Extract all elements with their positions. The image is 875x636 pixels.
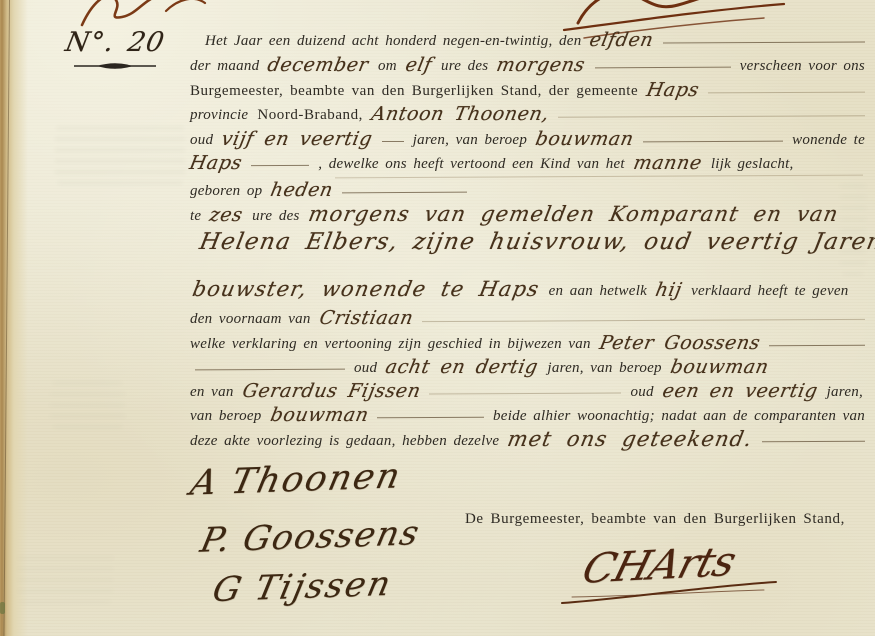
printed-text: ure des [252,208,299,225]
handwritten-entry-witness1-name: Peter Goossens [597,332,762,354]
ink-rule [377,416,484,418]
printed-text: , dewelke ons heeft vertoond een Kind va… [318,156,625,173]
printed-text: wonende te [792,132,865,149]
act-line-9: Helena Elbers, zijne huisvrouw, oud veer… [200,228,875,254]
printed-text: jaren, [827,384,863,401]
act-line-6: Haps , dewelke ons heeft vertoond een Ki… [190,151,794,173]
signature-witness2: G Tijssen [209,564,396,610]
handwritten-entry-mother: Helena Elbers, zijne huisvrouw, oud veer… [197,229,875,255]
printed-text: beide alhier woonachtig; nadat aan de co… [493,408,865,425]
printed-text: lijk geslacht, [711,156,794,173]
printed-text: Burgemeester, beambte van den Burgerlijk… [190,83,638,100]
act-line-4: provincie Noord-Braband, Antoon Thoonen, [190,102,865,124]
signature-declarant: A Thoonen [187,456,405,503]
printed-text: welke verklaring en vertooning zijn gesc… [190,336,591,353]
handwritten-entry-declarant-occupation: bouwman [534,128,636,150]
handwritten-entry-witness2-occupation: bouwman [268,404,370,426]
ink-rule [382,140,404,141]
act-number: N°. 20 [63,27,168,58]
handwritten-entry-declarant-name: Antoon Thoonen, [370,103,552,125]
printed-text: oud [354,360,377,377]
handwritten-entry-witness2-age: een en veertig [660,380,819,402]
printed-text: den voornaam van [190,311,311,328]
handwritten-entry-birth-hour: zes [208,204,245,226]
signature-underline-flourish [560,580,780,606]
bleed-through-mark [55,126,185,184]
handwritten-entry-day: elfden [588,29,656,51]
ink-rule [558,115,865,118]
act-line-16: deze akte voorlezing is gedaan, hebben d… [190,426,865,450]
act-line-5: oud vijf en veertig jaren, van beroep bo… [190,127,865,149]
handwritten-entry-declarant-age: vijf en veertig [220,128,375,150]
printed-text: Het Jaar een duizend acht honderd negen-… [205,33,581,50]
ink-rule [643,140,783,142]
ink-rule [251,164,309,165]
act-line-14: en van Gerardus Fijssen oud een en veert… [190,379,863,401]
act-line-8: te zes ure des morgens van gemelden Komp… [190,201,838,225]
printed-text: Noord-Braband, [257,107,363,124]
handwritten-entry-witness1-occupation: bouwman [668,356,770,378]
signature-witness1: P. Goossens [197,513,424,561]
bleed-through-mark [18,548,113,603]
ink-rule [342,191,467,193]
act-line-12: welke verklaring en vertooning zijn gesc… [190,331,865,353]
printed-text: en aan hetwelk [549,283,647,300]
handwritten-entry-gender: manne [631,152,703,174]
printed-text: der maand [190,58,259,75]
printed-text: oud [190,132,213,149]
printed-text: deze akte voorlezing is gedaan, hebben d… [190,433,499,450]
printed-text: jaren, van beroep [413,132,527,149]
act-line-10: bouwster, wonende te Haps en aan hetwelk… [193,276,849,300]
printed-text: provincie [190,107,248,124]
ink-rule [708,91,865,93]
ink-rule [429,392,621,394]
printed-text: jaren, van beroep [547,360,661,377]
handwritten-entry-hour: elf [403,54,433,76]
ornament-rule-icon [73,59,157,71]
document-page: N°. 20 Het Jaar een duizend acht honderd… [0,0,875,636]
ink-rule [595,66,731,68]
handwritten-entry-witness2-name: Gerardus Fijssen [240,380,422,402]
printed-text: om [378,58,397,75]
handwritten-entry-birthdate: heden [269,179,335,201]
printed-text: oud [631,384,654,401]
handwritten-entry-residence: Haps [188,152,244,174]
handwritten-entry-pronoun: hij [654,279,684,301]
handwritten-entry-signing-clause: met ons geteekend. [506,427,755,451]
printed-text: ure des [441,58,488,75]
handwritten-entry-witness1-age: acht en dertig [384,356,540,378]
official-caption: De Burgemeester, beambte van den Burgerl… [465,511,845,528]
handwritten-entry-gemeente: Haps [645,79,701,101]
handwritten-entry-daypart: morgens [495,54,587,76]
ink-rule [422,318,865,321]
act-line-15: van beroep bouwman beide alhier woonacht… [190,403,865,425]
handwritten-entry-child-name: Cristiaan [317,307,415,329]
act-line-3: Burgemeester, beambte van den Burgerlijk… [190,78,865,100]
handwritten-entry-parentage: morgens van gemelden Komparant en van [306,202,840,226]
act-number-block: N°. 20 [66,26,165,71]
edge-speck [0,602,5,614]
bleed-through-mark [50,382,125,428]
printed-text: verklaard heeft te geven [691,283,848,300]
printed-text: van beroep [190,408,262,425]
printed-text: geboren op [190,183,262,200]
ink-rule [769,344,865,346]
act-line-7: geboren op heden [190,178,467,200]
act-line-13: oud acht en dertig jaren, van beroep bou… [195,355,769,377]
ink-rule [663,41,865,43]
printed-text: verscheen voor ons [740,58,865,75]
handwritten-entry-mother-occupation: bouwster, wonende te Haps [190,277,541,301]
act-line-1: Het Jaar een duizend acht honderd negen-… [205,28,865,50]
handwritten-entry-month: december [266,54,371,76]
act-line-2: der maand december om elf ure des morgen… [190,53,865,75]
act-line-11: den voornaam van Cristiaan [190,306,865,328]
printed-text: te [190,208,201,225]
ink-rule [762,440,865,442]
cutoff-signature-flourish-left [78,0,208,27]
ink-rule [195,368,345,370]
printed-text: en van [190,384,234,401]
